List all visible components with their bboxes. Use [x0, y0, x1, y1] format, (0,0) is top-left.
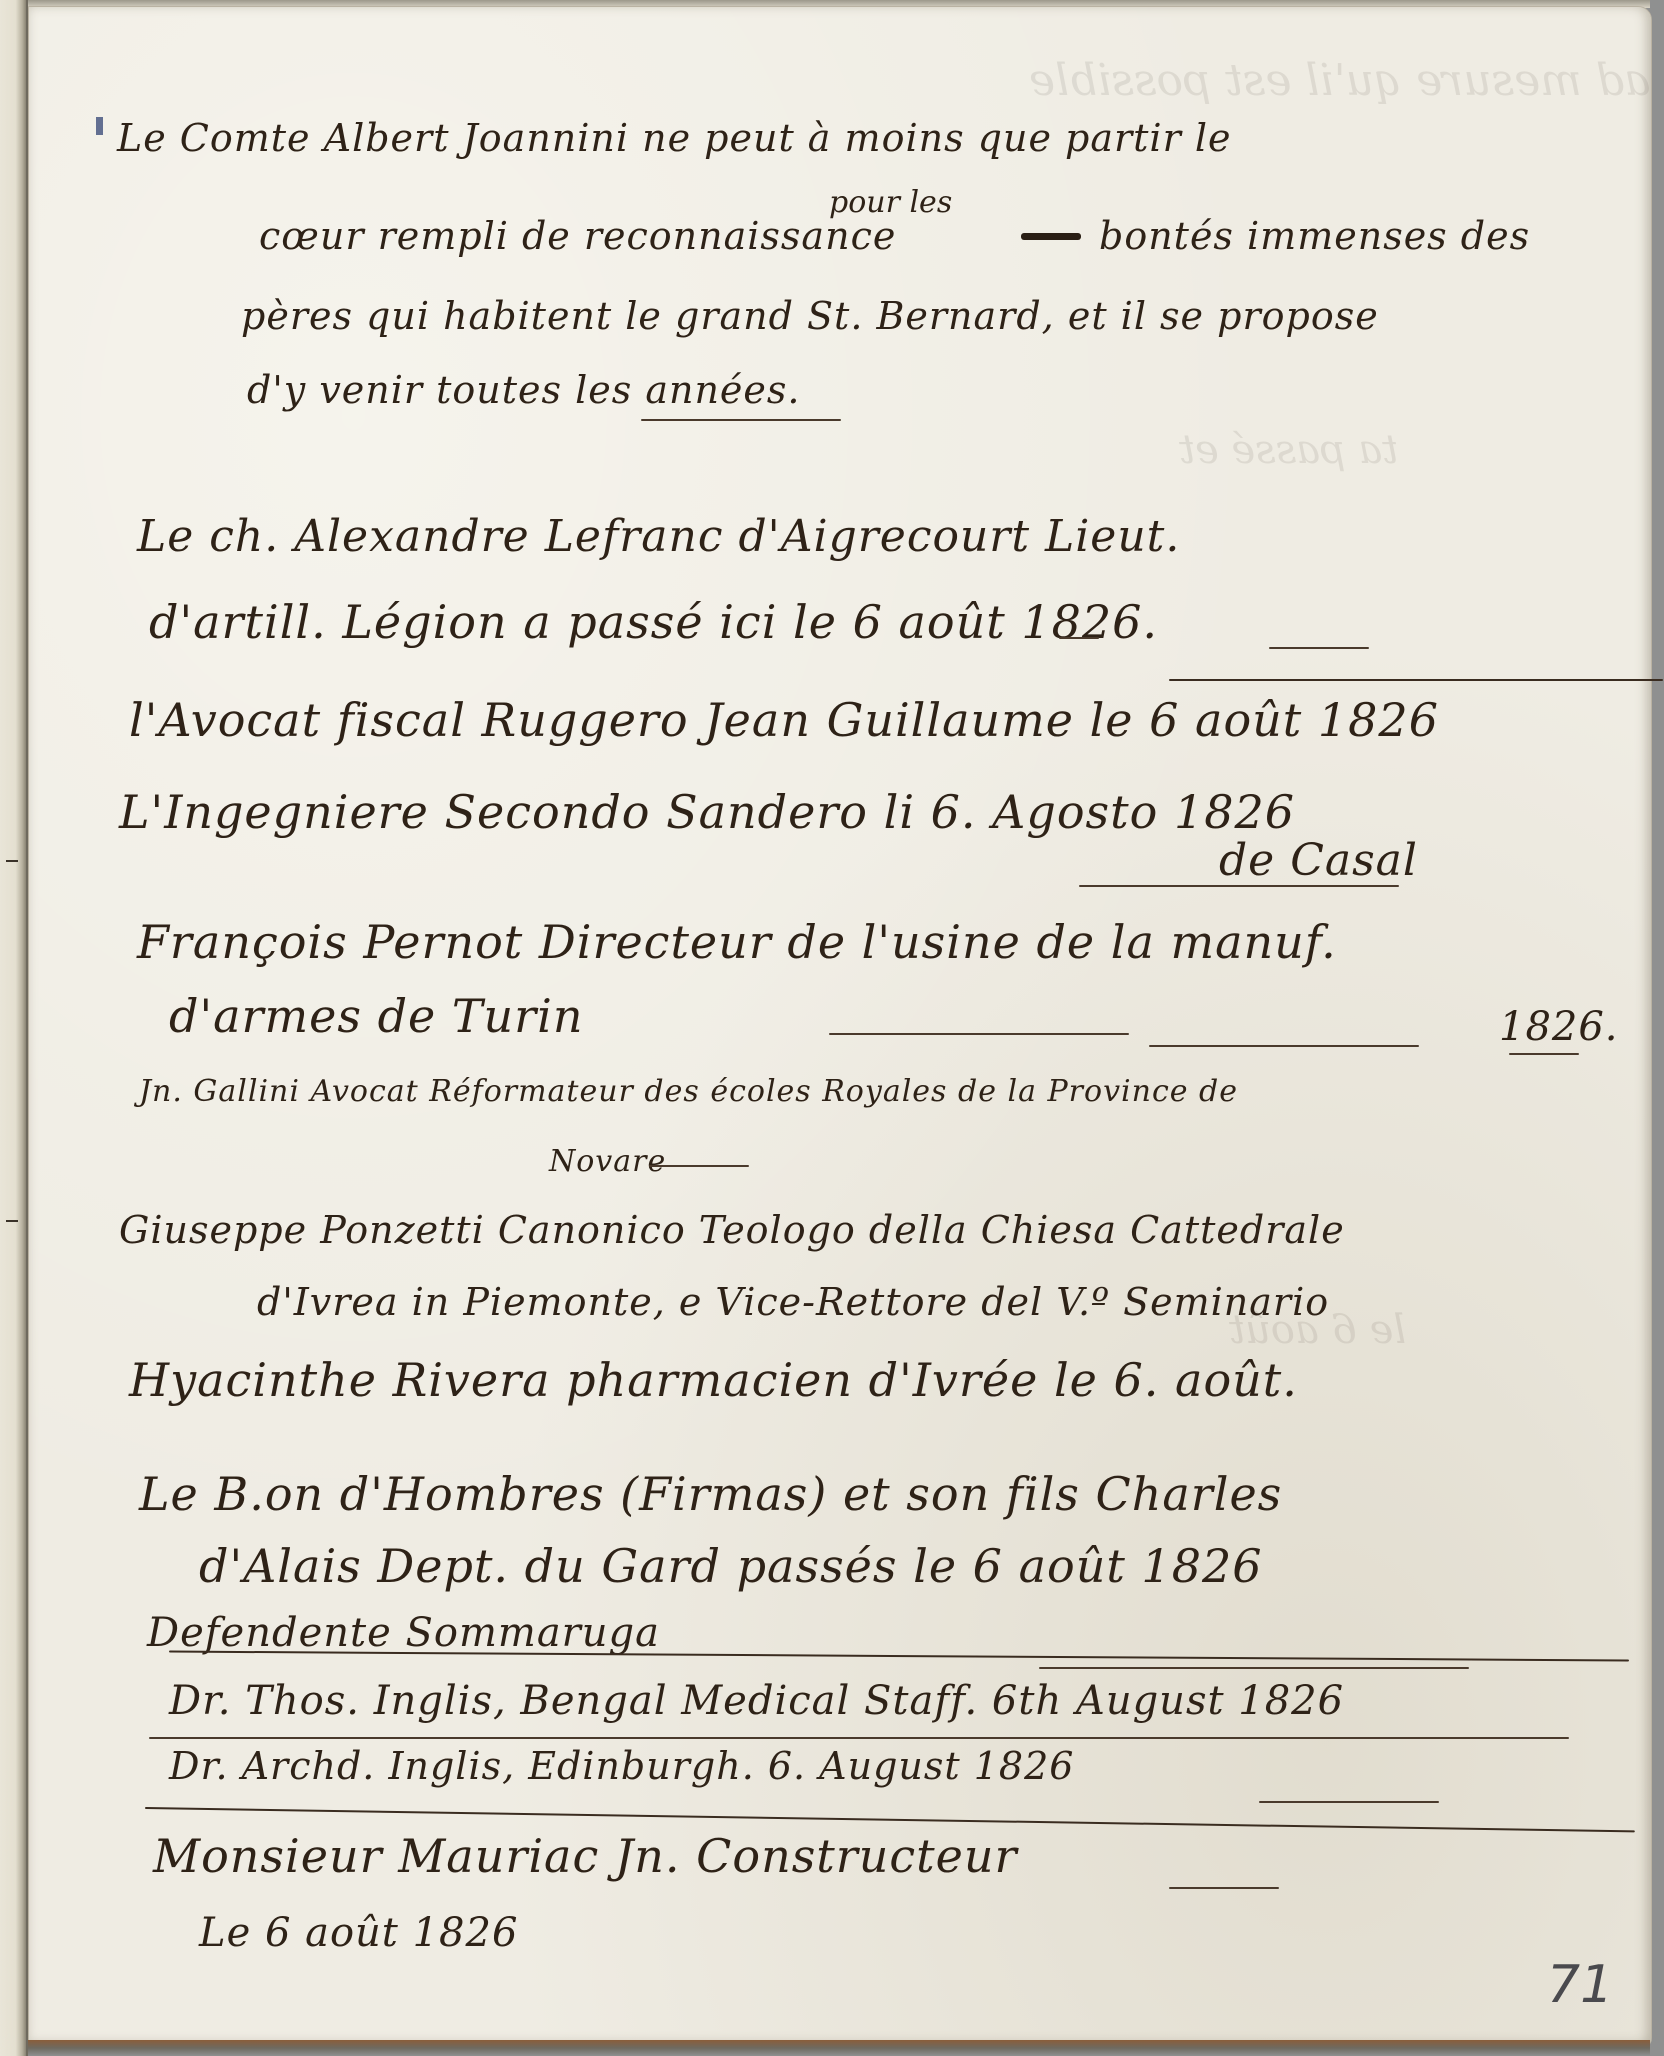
entry-line: Jn. Gallini Avocat Réformateur des école… [139, 1077, 1238, 1107]
entry-line: cœur rempli de reconnaissance [259, 217, 896, 255]
entry-line: Dr. Archd. Inglis, Edinburgh. 6. August … [169, 1747, 1074, 1785]
entry-date: 1826. [1499, 1007, 1619, 1047]
entry-line: d'armes de Turin [169, 993, 584, 1039]
gutter-mark [6, 1220, 18, 1222]
entry-line: Le 6 août 1826 [199, 1913, 518, 1953]
separator-rule [1169, 1887, 1279, 1889]
separator-rule [641, 419, 841, 421]
entry-line: pères qui habitent le grand St. Bernard,… [241, 297, 1379, 335]
manuscript-page: ad mesure qu'il est possible ta passé et… [28, 6, 1652, 2048]
entry-suffix: de Casal [1219, 839, 1418, 883]
entry-line: Le ch. Alexandre Lefranc d'Aigrecourt Li… [137, 515, 1180, 559]
separator-rule [1059, 637, 1099, 639]
entry-line: L'Ingegniere Secondo Sandero li 6. Agost… [119, 789, 1295, 835]
date-underline [1509, 1053, 1579, 1055]
separator-rule [1169, 679, 1663, 681]
struck-out-word [1021, 233, 1081, 240]
entry-line: Giuseppe Ponzetti Canonico Teologo della… [119, 1211, 1345, 1249]
separator-rule [1079, 885, 1399, 887]
entry-line: Hyacinthe Rivera pharmacien d'Ivrée le 6… [129, 1357, 1298, 1403]
separator-rule [829, 1033, 1129, 1035]
entry-line: Le Comte Albert Joannini ne peut à moins… [117, 119, 1231, 157]
entry-line: Monsieur Mauriac Jn. Constructeur [153, 1833, 1017, 1879]
entry-line: d'Ivrea in Piemonte, e Vice-Rettore del … [257, 1283, 1329, 1321]
separator-rule [649, 1165, 749, 1167]
entry-line: François Pernot Directeur de l'usine de … [137, 919, 1337, 965]
gutter-mark [6, 860, 18, 862]
separator-rule [1039, 1667, 1469, 1669]
entry-line: Novare [549, 1147, 666, 1177]
page-number: 71 [1547, 1955, 1613, 2015]
entry-line: bontés immenses des [1099, 217, 1530, 255]
bleed-through-text: ad mesure qu'il est possible [1029, 55, 1650, 106]
separator-rule [149, 1737, 1569, 1739]
separator-rule [1269, 647, 1369, 649]
separator-rule [169, 1651, 1629, 1662]
separator-rule [1259, 1801, 1439, 1803]
entry-line: Dr. Thos. Inglis, Bengal Medical Staff. … [169, 1681, 1344, 1721]
entry-line: l'Avocat fiscal Ruggero Jean Guillaume l… [129, 697, 1439, 743]
bleed-through-text: ta passé et [1179, 427, 1398, 473]
separator-rule [1149, 1045, 1419, 1047]
entry-line: d'y venir toutes les années. [247, 371, 801, 409]
entry-line: Le B.on d'Hombres (Firmas) et son fils C… [139, 1471, 1282, 1517]
entry-line: Defendente Sommaruga [147, 1613, 660, 1653]
entry-line: d'artill. Légion a passé ici le 6 août 1… [149, 599, 1158, 645]
binding-gutter [0, 0, 28, 2056]
page-bottom-edge [28, 2040, 1650, 2056]
blue-ink-mark [96, 117, 103, 135]
entry-line: d'Alais Dept. du Gard passés le 6 août 1… [199, 1543, 1263, 1589]
